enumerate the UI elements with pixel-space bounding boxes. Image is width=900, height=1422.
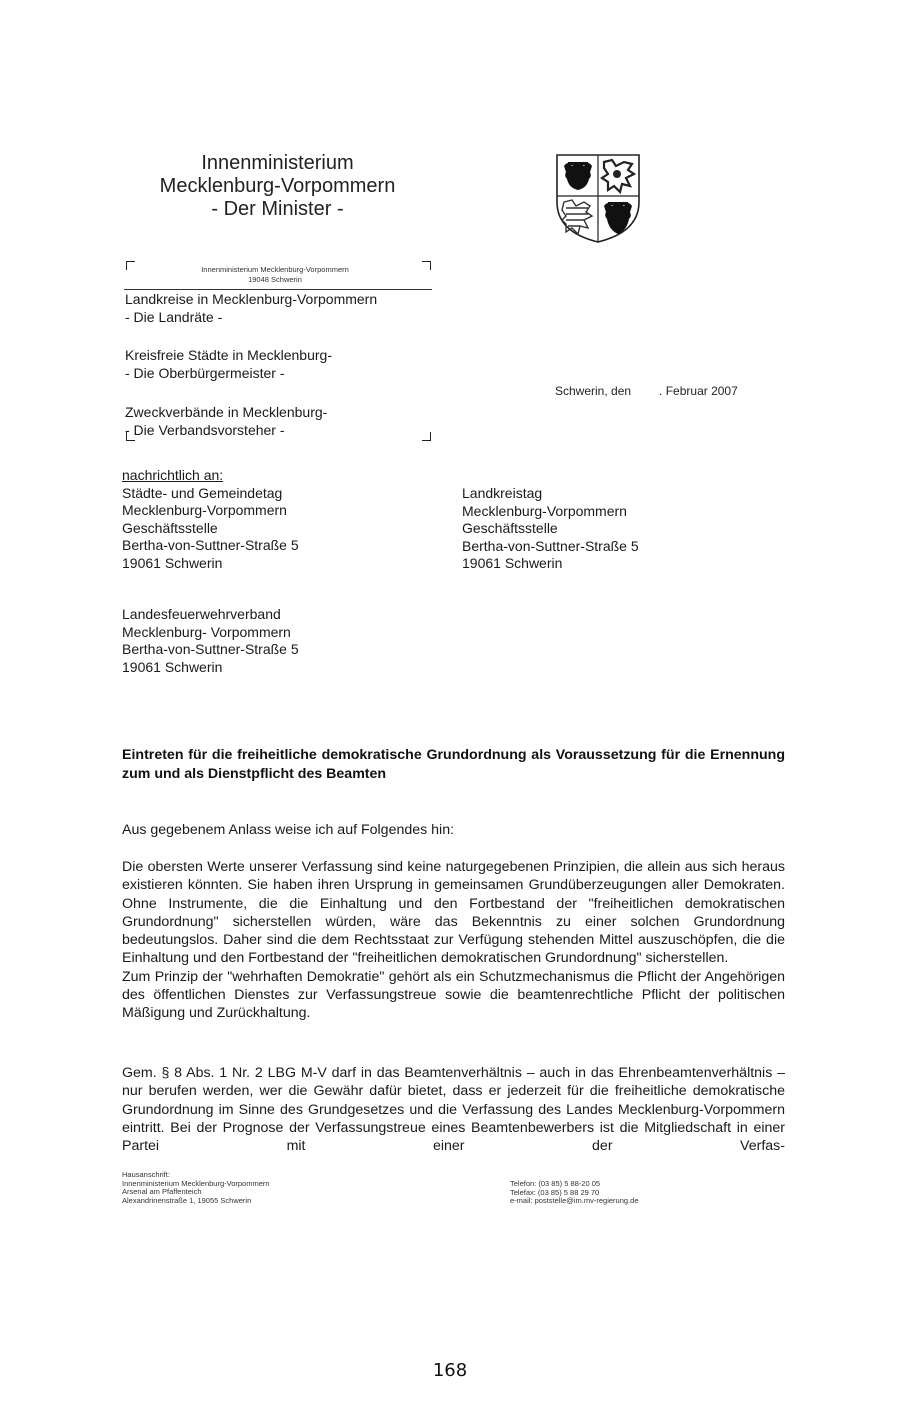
body-paragraph: Zum Prinzip der "wehrhaften Demokratie" …	[122, 968, 785, 1023]
address-window-corner	[422, 432, 431, 441]
footer-contact: Telefon: (03 85) 5 88-20 05 Telefax: (03…	[510, 1180, 639, 1206]
ministry-name: Innenministerium	[120, 152, 435, 175]
cc-line: Geschäftsstelle	[462, 520, 639, 538]
footer-address: Hausanschrift: Innenministerium Mecklenb…	[122, 1171, 270, 1205]
sender-name: Innenministerium Mecklenburg-Vorpommern	[130, 265, 420, 275]
body-paragraph: Die obersten Werte unserer Verfassung si…	[122, 858, 785, 968]
cc-block-left: nachrichtlich an: Städte- und Gemeindeta…	[122, 467, 299, 572]
cc-line: Mecklenburg-Vorpommern	[462, 503, 639, 521]
recipient-line: - Die Oberbürgermeister -	[125, 364, 332, 382]
cc-block-third: Landesfeuerwehrverband Mecklenburg- Vorp…	[122, 606, 299, 676]
recipient-line: Kreisfreie Städte in Mecklenburg-	[125, 346, 332, 364]
body-paragraphs: Die obersten Werte unserer Verfassung si…	[122, 858, 785, 1023]
cc-line: Landkreistag	[462, 485, 639, 503]
cc-line: Bertha-von-Suttner-Straße 5	[122, 641, 299, 659]
letterhead: Innenministerium Mecklenburg-Vorpommern …	[120, 152, 435, 221]
recipient-line: - Die Landräte -	[125, 308, 377, 326]
body-intro: Aus gegebenem Anlass weise ich auf Folge…	[122, 821, 785, 839]
recipient-line: - Die Verbandsvorsteher -	[125, 421, 327, 439]
cc-line: 19061 Schwerin	[122, 555, 299, 573]
cc-heading: nachrichtlich an:	[122, 467, 299, 485]
state-name: Mecklenburg-Vorpommern	[120, 175, 435, 198]
cc-block-right: Landkreistag Mecklenburg-Vorpommern Gesc…	[462, 485, 639, 573]
letter-subject: Eintreten für die freiheitliche demokrat…	[122, 746, 785, 784]
body-paragraph: Gem. § 8 Abs. 1 Nr. 2 LBG M-V darf in da…	[122, 1064, 785, 1155]
cc-line: 19061 Schwerin	[122, 659, 299, 677]
cc-line: Bertha-von-Suttner-Straße 5	[122, 537, 299, 555]
body-paragraph-3: Gem. § 8 Abs. 1 Nr. 2 LBG M-V darf in da…	[122, 1064, 785, 1155]
coat-of-arms-icon	[554, 152, 642, 244]
letter-date: Schwerin, den. Februar 2007	[555, 384, 738, 398]
recipient-block: Zweckverbände in Mecklenburg- - Die Verb…	[125, 403, 327, 439]
cc-line: Mecklenburg- Vorpommern	[122, 624, 299, 642]
cc-line: Geschäftsstelle	[122, 520, 299, 538]
cc-line: Mecklenburg-Vorpommern	[122, 502, 299, 520]
cc-line: 19061 Schwerin	[462, 555, 639, 573]
sender-city: 19048 Schwerin	[130, 275, 420, 285]
recipient-line: Landkreise in Mecklenburg-Vorpommern	[125, 290, 377, 308]
sender-line: Innenministerium Mecklenburg-Vorpommern …	[130, 265, 420, 285]
address-window-corner	[422, 261, 431, 270]
cc-line: Landesfeuerwehrverband	[122, 606, 299, 624]
cc-line: Bertha-von-Suttner-Straße 5	[462, 538, 639, 556]
intro-sentence: Aus gegebenem Anlass weise ich auf Folge…	[122, 821, 785, 839]
footer-line: Alexandrinenstraße 1, 19055 Schwerin	[122, 1197, 270, 1206]
footer-email: e-mail: poststelle@im.mv-regierung.de	[510, 1197, 639, 1206]
recipient-block: Landkreise in Mecklenburg-Vorpommern - D…	[125, 290, 377, 326]
recipient-block: Kreisfreie Städte in Mecklenburg- - Die …	[125, 346, 332, 382]
date-month-year: . Februar 2007	[659, 384, 738, 398]
cc-line: Städte- und Gemeindetag	[122, 485, 299, 503]
office-title: - Der Minister -	[120, 198, 435, 221]
page-number: 168	[0, 1360, 900, 1381]
date-place: Schwerin, den	[555, 384, 631, 398]
recipient-line: Zweckverbände in Mecklenburg-	[125, 403, 327, 421]
